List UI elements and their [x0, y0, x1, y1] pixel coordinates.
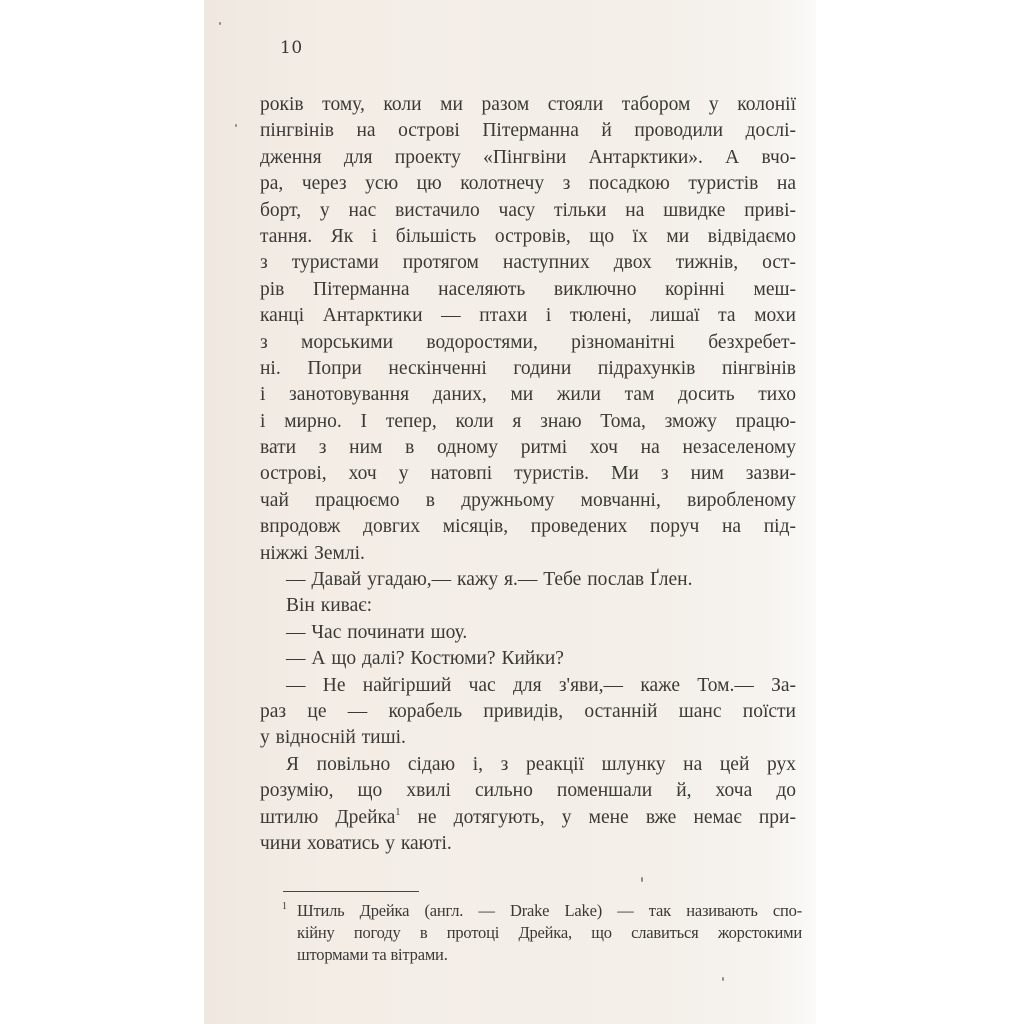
dialogue-line: — Час починати шоу.: [260, 620, 796, 646]
paper-speck: [641, 877, 643, 882]
text-line: з туристами протягом наступних двох тижн…: [260, 250, 796, 276]
text-line-with-footnote-ref: штилю Дрейка1 не дотягують, у мене вже н…: [260, 805, 796, 831]
text-line: рів Пітерманна населяють виключно корінн…: [260, 277, 796, 303]
text-line: тання. Як і більшість островів, що їх ми…: [260, 224, 796, 250]
text-line: впродовж довгих місяців, проведених пору…: [260, 514, 796, 540]
footnote: 1 Штиль Дрейка (англ. — Drake Lake) — та…: [282, 900, 802, 966]
paper-speck: [235, 124, 237, 127]
text-line: розумію, що хвилі сильно поменшали й, хо…: [260, 778, 796, 804]
text-line: років тому, коли ми разом стояли табором…: [260, 92, 796, 118]
text-fragment: штилю Дрейка: [260, 807, 395, 828]
body-text: років тому, коли ми разом стояли табором…: [260, 92, 796, 857]
dialogue-line: — Не найгірший час для з'яви,— каже Том.…: [260, 673, 796, 699]
page-number: 10: [280, 38, 303, 58]
text-line: чай працюємо в дружньому мовчанні, вироб…: [260, 488, 796, 514]
text-line: з морськими водоростями, різноманітні бе…: [260, 330, 796, 356]
text-line: і мирно. І тепер, коли я знаю Тома, змож…: [260, 409, 796, 435]
text-line: борт, у нас вистачило часу тільки на шви…: [260, 198, 796, 224]
footnote-line: кійну погоду в протоці Дрейка, що славит…: [282, 922, 802, 944]
text-line: дження для проекту «Пінгвіни Антарктики»…: [260, 145, 796, 171]
text-line: канці Антарктики — птахи і тюлені, лишаї…: [260, 303, 796, 329]
text-line: ра, через усю цю колотнечу з посадкою ту…: [260, 171, 796, 197]
text-line: у відносній тиші.: [260, 725, 796, 751]
footnote-line: штормами та вітрами.: [282, 944, 802, 966]
text-line: пінгвінів на острові Пітерманна й провод…: [260, 118, 796, 144]
text-fragment: не дотягують, у мене вже немає при-: [400, 807, 796, 828]
paper-speck: [219, 22, 221, 25]
text-line: ніжжі Землі.: [260, 541, 796, 567]
text-line: Він киває:: [260, 593, 796, 619]
text-line: ні. Попри нескінченні години підрахунків…: [260, 356, 796, 382]
text-line: і занотовування даних, ми жили там досит…: [260, 382, 796, 408]
text-line: раз це — корабель привидів, останній шан…: [260, 699, 796, 725]
text-line: вати з ним в одному ритмі хоч на незасел…: [260, 435, 796, 461]
footnote-divider: [283, 891, 419, 892]
paper-speck: [722, 977, 724, 981]
dialogue-line: — А що далі? Костюми? Кийки?: [260, 646, 796, 672]
book-page: 10 років тому, коли ми разом стояли табо…: [204, 0, 816, 1024]
text-line: острові, хоч у натовпі туристів. Ми з ни…: [260, 461, 796, 487]
text-line: чини ховатись у каюті.: [260, 831, 796, 857]
footnote-line: Штиль Дрейка (англ. — Drake Lake) — так …: [282, 900, 802, 922]
dialogue-line: — Давай угадаю,— кажу я.— Тебе послав Ґл…: [260, 567, 796, 593]
text-line: Я повільно сідаю і, з реакції шлунку на …: [260, 752, 796, 778]
footnote-marker: 1: [282, 900, 287, 914]
